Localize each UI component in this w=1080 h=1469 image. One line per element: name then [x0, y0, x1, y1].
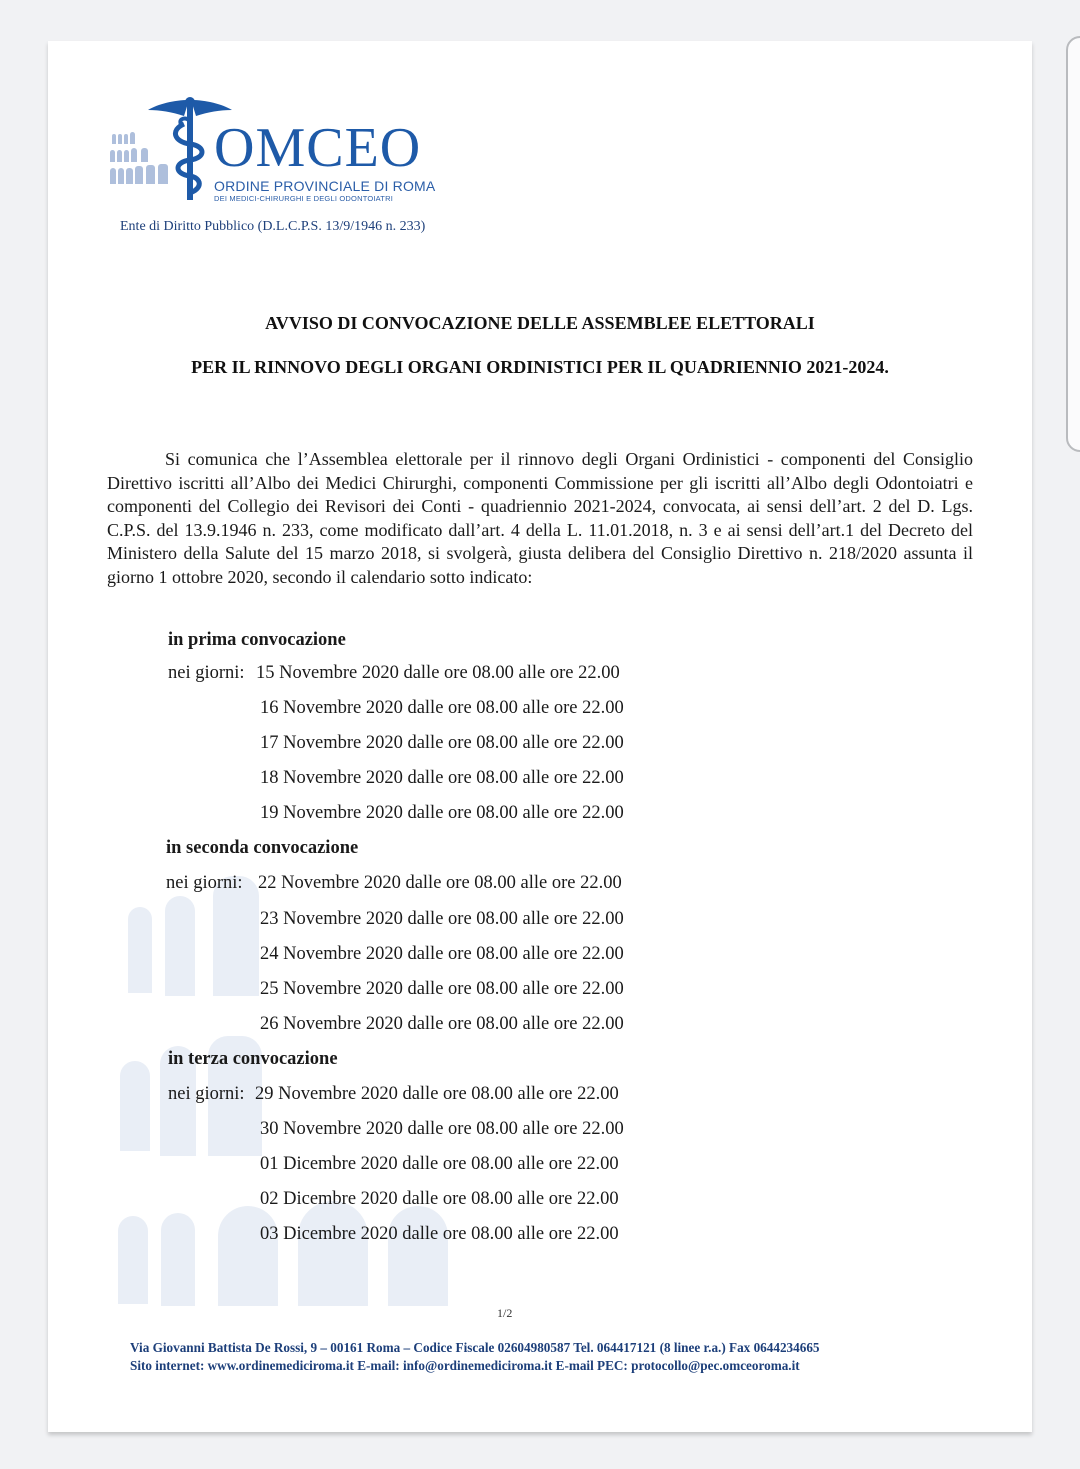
section-heading: in terza convocazione: [168, 1049, 338, 1070]
date-row: 19 Novembre 2020 dalle ore 08.00 alle or…: [260, 803, 624, 824]
date-row: 15 Novembre 2020 dalle ore 08.00 alle or…: [256, 663, 620, 684]
org-name: ORDINE PROVINCIALE DI ROMA: [214, 178, 435, 194]
footer-address: Via Giovanni Battista De Rossi, 9 – 0016…: [130, 1339, 820, 1357]
date-row: 25 Novembre 2020 dalle ore 08.00 alle or…: [260, 979, 624, 1000]
section-heading: in seconda convocazione: [166, 838, 358, 859]
date-row: 26 Novembre 2020 dalle ore 08.00 alle or…: [260, 1014, 624, 1035]
date-row: 16 Novembre 2020 dalle ore 08.00 alle or…: [260, 698, 624, 719]
footer: Via Giovanni Battista De Rossi, 9 – 0016…: [130, 1339, 820, 1375]
body-paragraph: Si comunica che l’Assemblea elettorale p…: [107, 448, 973, 589]
date-row: 30 Novembre 2020 dalle ore 08.00 alle or…: [260, 1119, 624, 1140]
omceo-logo: OMCEO ORDINE PROVINCIALE DI ROMA DEI MED…: [106, 96, 456, 216]
date-row: 18 Novembre 2020 dalle ore 08.00 alle or…: [260, 768, 624, 789]
days-label: nei giorni:: [168, 663, 245, 684]
section-heading: in prima convocazione: [168, 630, 346, 651]
days-label: nei giorni:: [168, 1084, 245, 1105]
days-label: nei giorni:: [166, 873, 243, 894]
page-number: 1/2: [497, 1306, 512, 1321]
footer-contacts: Sito internet: www.ordinemediciroma.it E…: [130, 1357, 820, 1375]
org-subtitle: DEI MEDICI-CHIRURGHI E DEGLI ODONTOIATRI: [214, 194, 393, 203]
date-row: 17 Novembre 2020 dalle ore 08.00 alle or…: [260, 733, 624, 754]
scroll-handle[interactable]: [1066, 36, 1080, 452]
date-row: 01 Dicembre 2020 dalle ore 08.00 alle or…: [260, 1154, 619, 1175]
date-row: 02 Dicembre 2020 dalle ore 08.00 alle or…: [260, 1189, 619, 1210]
date-row: 22 Novembre 2020 dalle ore 08.00 alle or…: [258, 873, 622, 894]
date-row: 24 Novembre 2020 dalle ore 08.00 alle or…: [260, 944, 624, 965]
logo-wordmark: OMCEO: [214, 120, 421, 176]
date-row: 23 Novembre 2020 dalle ore 08.00 alle or…: [260, 909, 624, 930]
date-row: 29 Novembre 2020 dalle ore 08.00 alle or…: [255, 1084, 619, 1105]
document-title-line1: AVVISO DI CONVOCAZIONE DELLE ASSEMBLEE E…: [48, 313, 1032, 334]
document-title-line2: PER IL RINNOVO DEGLI ORGANI ORDINISTICI …: [48, 357, 1032, 378]
legal-status: Ente di Diritto Pubblico (D.L.C.P.S. 13/…: [120, 219, 425, 235]
date-row: 03 Dicembre 2020 dalle ore 08.00 alle or…: [260, 1224, 619, 1245]
document-page: OMCEO ORDINE PROVINCIALE DI ROMA DEI MED…: [48, 41, 1032, 1432]
